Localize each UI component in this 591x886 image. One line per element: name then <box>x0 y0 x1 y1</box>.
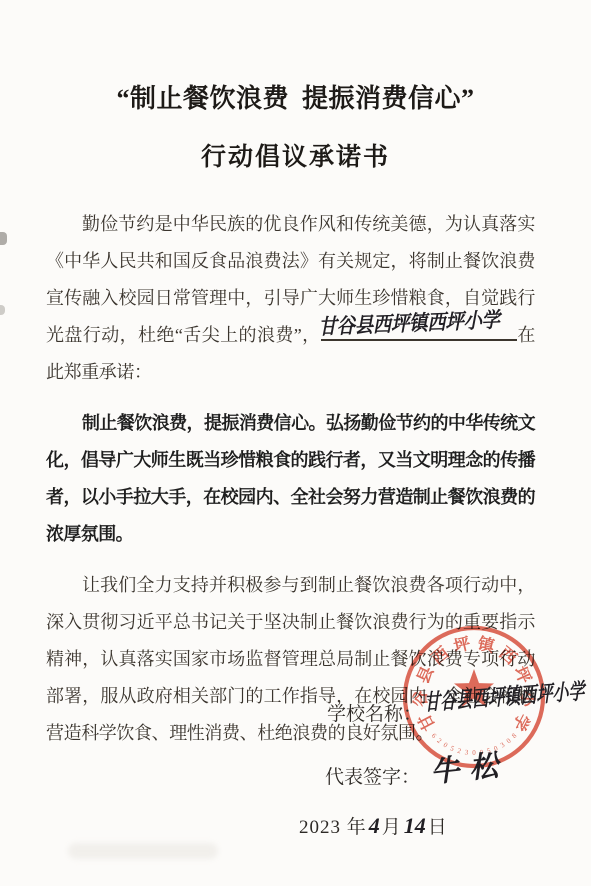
school-name-label: 学校名称： <box>327 699 422 726</box>
svg-text:坪: 坪 <box>452 634 473 656</box>
svg-text:6: 6 <box>430 732 439 740</box>
pledge-document-page: “制止餐饮浪费 提振消费信心” 行动倡议承诺书 勤俭节约是中华民族的优良作风和传… <box>0 0 591 886</box>
paragraph-1: 勤俭节约是中华民族的优良作风和传统美德，为认真落实《中华人民共和国反食品浪费法》… <box>46 206 535 391</box>
fill-in-blank-underline: 甘谷县西坪镇西坪小学 <box>321 323 517 341</box>
date-month-handwritten: 4 <box>367 813 382 838</box>
svg-text:县: 县 <box>413 663 437 686</box>
svg-text:西: 西 <box>428 643 453 668</box>
scan-smudge-bottom <box>68 843 218 859</box>
svg-text:8: 8 <box>510 732 519 740</box>
svg-text:镇: 镇 <box>476 633 498 657</box>
date-day-handwritten: 14 <box>402 813 428 838</box>
document-title-line2: 行动倡议承诺书 <box>0 137 591 173</box>
scan-artifact-left-edge-2 <box>0 305 5 315</box>
date-year: 2023 年 <box>299 817 367 838</box>
handwritten-school-name-inline: 甘谷县西坪镇西坪小学 <box>317 302 499 346</box>
paragraph-2-bold: 制止餐饮浪费，提振消费信心。弘扬勤俭节约的中华传统文化，倡导广大师生既当珍惜粮食… <box>46 405 535 553</box>
document-title-line1: “制止餐饮浪费 提振消费信心” <box>0 0 591 115</box>
svg-text:0: 0 <box>505 736 513 745</box>
svg-text:学: 学 <box>509 710 535 734</box>
scan-artifact-left-edge-1 <box>0 232 7 245</box>
svg-text:西: 西 <box>496 643 521 668</box>
svg-text:2: 2 <box>435 737 443 746</box>
date-month-unit: 月 <box>382 817 402 838</box>
representative-signature-label: 代表签字： <box>325 762 420 789</box>
date-day-unit: 日 <box>428 817 448 838</box>
date-line: 2023 年4月14日 <box>299 812 448 839</box>
handwritten-representative-signature: 牛松 <box>428 742 510 791</box>
